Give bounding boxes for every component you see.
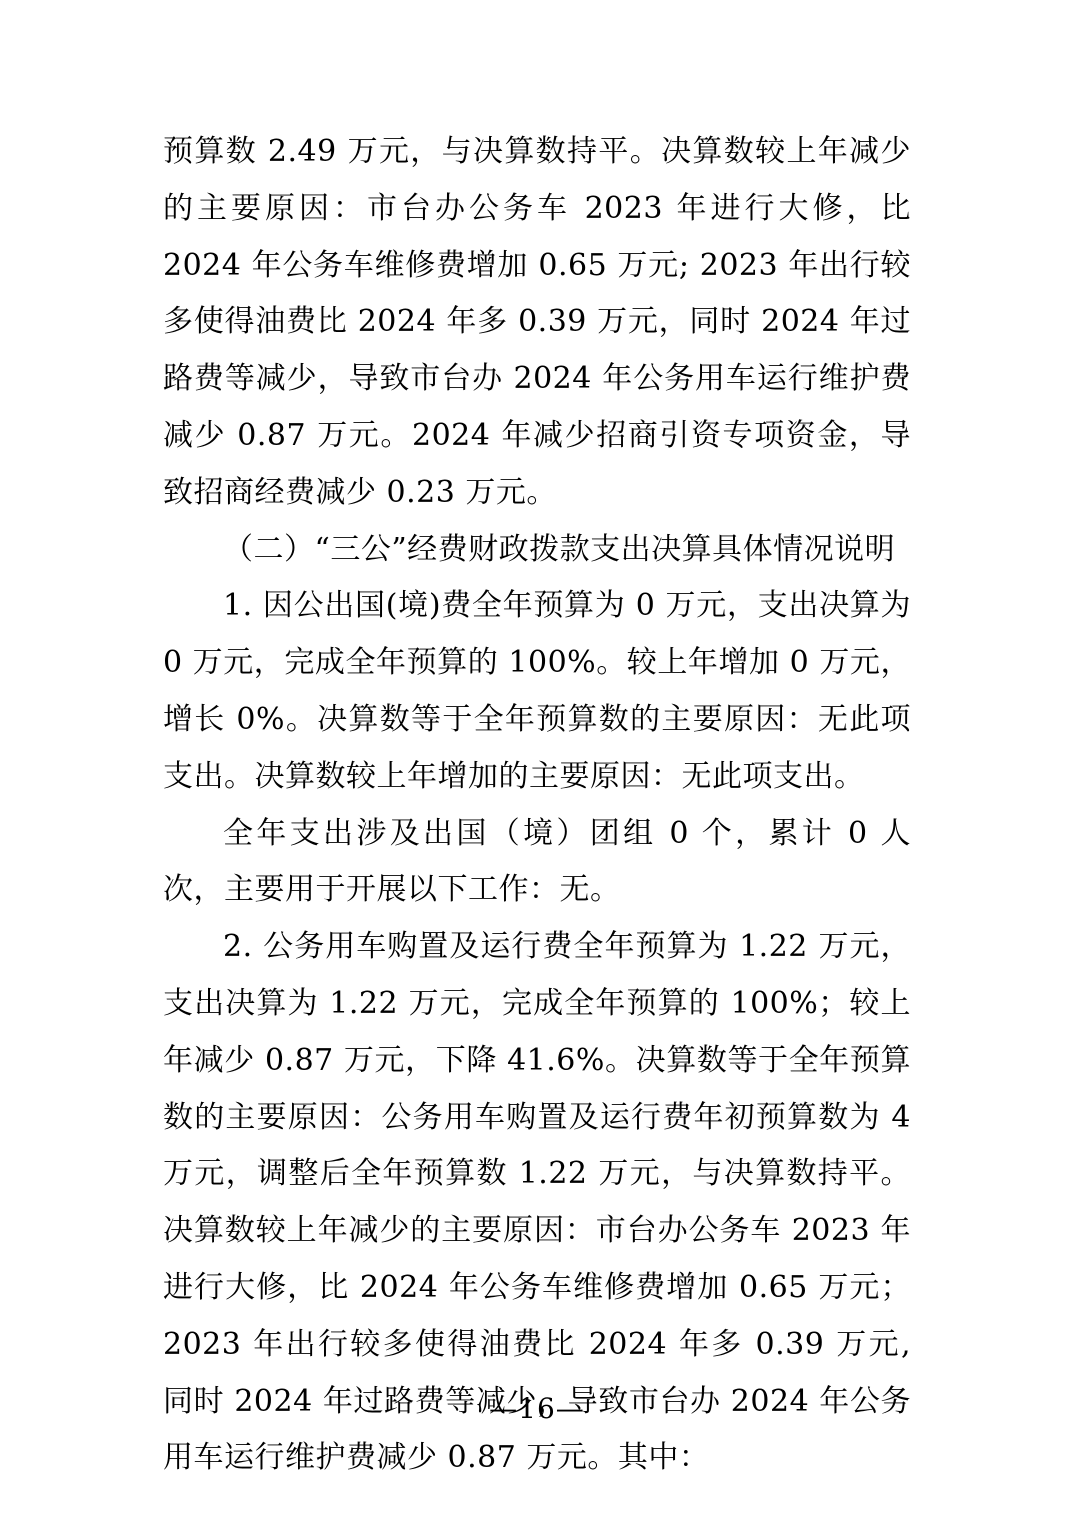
document-page: 预算数 2.49 万元，与决算数持平。决算数较上年减少的主要原因：市台办公务车 …: [0, 0, 1074, 1520]
paragraph-continuation: 预算数 2.49 万元，与决算数持平。决算数较上年减少的主要原因：市台办公务车 …: [163, 124, 911, 522]
paragraph-item-1-abroad-expense: 1. 因公出国(境)费全年预算为 0 万元，支出决算为 0 万元，完成全年预算的…: [163, 578, 911, 805]
section-heading: （二）“三公”经费财政拨款支出决算具体情况说明: [163, 522, 911, 579]
document-body: 预算数 2.49 万元，与决算数持平。决算数较上年减少的主要原因：市台办公务车 …: [163, 124, 911, 1487]
page-number: —16—: [0, 1392, 1074, 1425]
paragraph-abroad-groups: 全年支出涉及出国（境）团组 0 个，累计 0 人次，主要用于开展以下工作：无。: [163, 806, 911, 920]
